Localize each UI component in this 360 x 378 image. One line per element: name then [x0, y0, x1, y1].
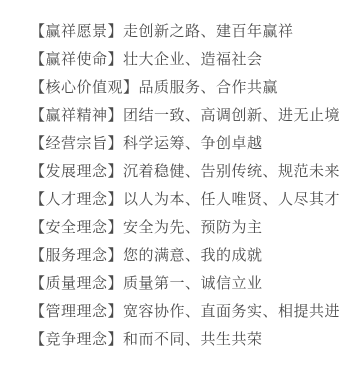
- value-label: 【经营宗旨】: [30, 134, 123, 152]
- value-text: 和而不同、共生共荣: [123, 330, 263, 348]
- value-label: 【赢祥使命】: [30, 50, 123, 68]
- value-line-core-values: 【核心价值观】品质服务、合作共赢: [30, 73, 360, 101]
- value-label: 【核心价值观】: [30, 78, 139, 96]
- value-label: 【安全理念】: [30, 218, 123, 236]
- value-text: 团结一致、高调创新、进无止境: [123, 106, 340, 124]
- value-line-business-tenet: 【经营宗旨】科学运筹、争创卓越: [30, 129, 360, 157]
- value-line-vision: 【赢祥愿景】走创新之路、建百年赢祥: [30, 17, 360, 45]
- value-line-management: 【管理理念】宽容协作、直面务实、相提共进: [30, 297, 360, 325]
- value-line-competition: 【竞争理念】和而不同、共生共荣: [30, 325, 360, 353]
- value-text: 走创新之路、建百年赢祥: [123, 22, 294, 40]
- value-line-talent: 【人才理念】以人为本、任人唯贤、人尽其才: [30, 185, 360, 213]
- company-values-list: 【赢祥愿景】走创新之路、建百年赢祥 【赢祥使命】壮大企业、造福社会 【核心价值观…: [0, 0, 360, 353]
- value-text: 科学运筹、争创卓越: [123, 134, 263, 152]
- value-label: 【质量理念】: [30, 274, 123, 292]
- value-text: 安全为先、预防为主: [123, 218, 263, 236]
- value-line-safety: 【安全理念】安全为先、预防为主: [30, 213, 360, 241]
- value-line-development: 【发展理念】沉着稳健、告别传统、规范未来: [30, 157, 360, 185]
- value-label: 【赢祥愿景】: [30, 22, 123, 40]
- value-label: 【人才理念】: [30, 190, 123, 208]
- value-label: 【服务理念】: [30, 246, 123, 264]
- value-label: 【竞争理念】: [30, 330, 123, 348]
- value-text: 宽容协作、直面务实、相提共进: [123, 302, 340, 320]
- value-line-mission: 【赢祥使命】壮大企业、造福社会: [30, 45, 360, 73]
- value-label: 【管理理念】: [30, 302, 123, 320]
- value-text: 壮大企业、造福社会: [123, 50, 263, 68]
- value-text: 您的满意、我的成就: [123, 246, 263, 264]
- value-label: 【发展理念】: [30, 162, 123, 180]
- value-text: 沉着稳健、告别传统、规范未来: [123, 162, 340, 180]
- value-label: 【赢祥精神】: [30, 106, 123, 124]
- value-text: 质量第一、诚信立业: [123, 274, 263, 292]
- value-line-quality: 【质量理念】质量第一、诚信立业: [30, 269, 360, 297]
- value-text: 品质服务、合作共赢: [139, 78, 279, 96]
- value-line-spirit: 【赢祥精神】团结一致、高调创新、进无止境: [30, 101, 360, 129]
- value-line-service: 【服务理念】您的满意、我的成就: [30, 241, 360, 269]
- value-text: 以人为本、任人唯贤、人尽其才: [123, 190, 340, 208]
